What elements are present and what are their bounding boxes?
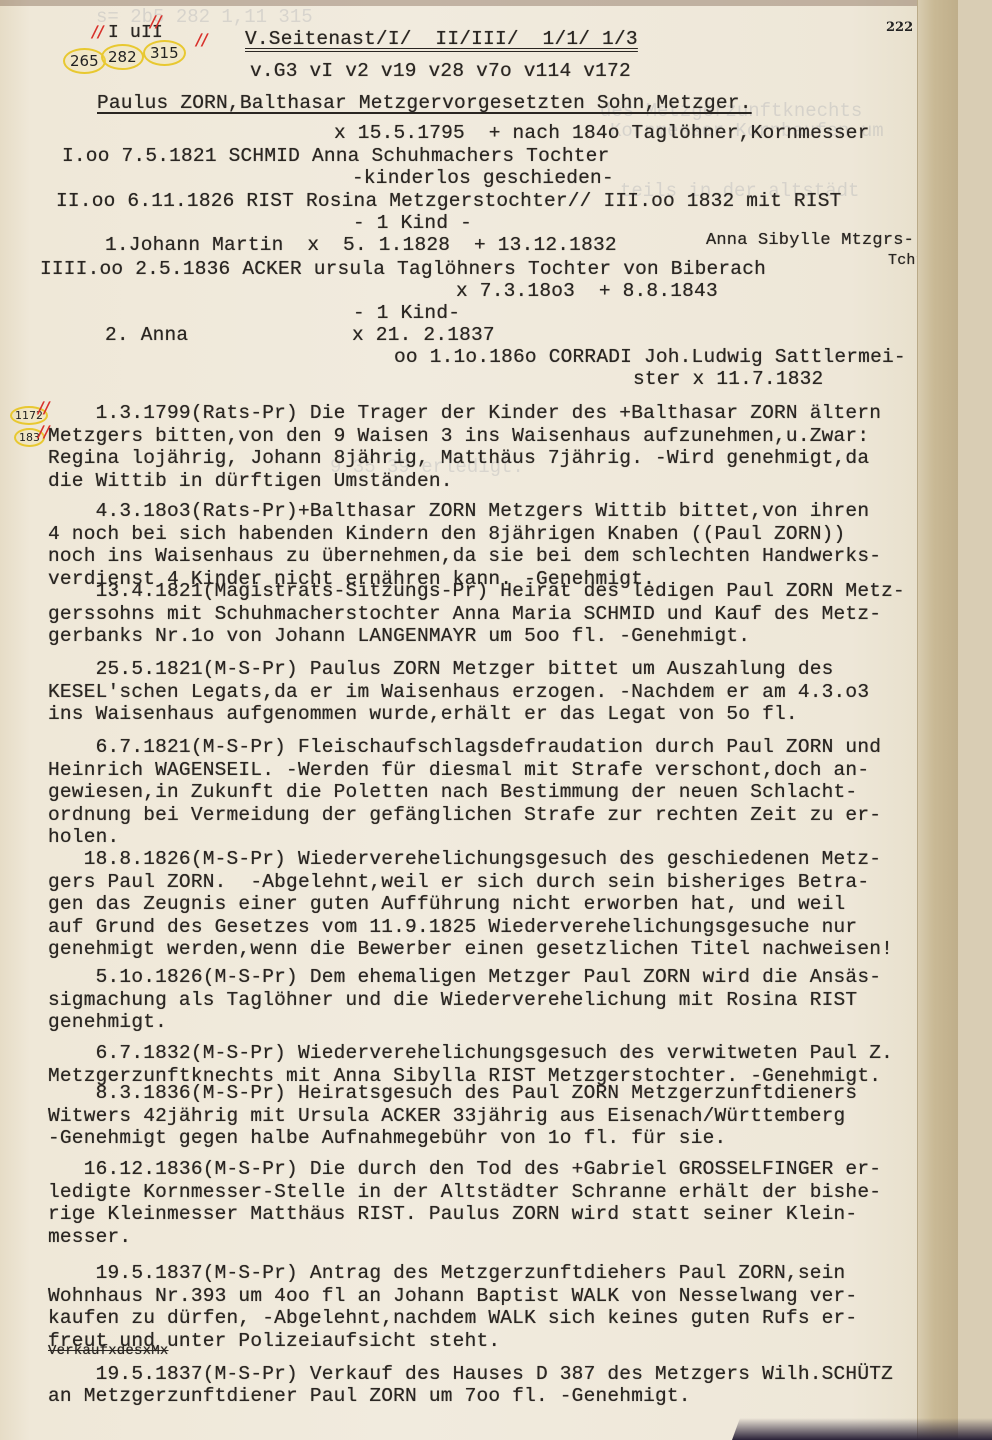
- marriage-3-spouse: Anna Sibylle Mtzgrs-: [706, 230, 914, 252]
- entry-line: messer.: [48, 1226, 131, 1248]
- document-page: s= 2b5 282 1,11 315 des Metzgerzunftknec…: [0, 0, 958, 1440]
- marriage-4-children: - 1 Kind-: [353, 302, 460, 324]
- entry-line: noch ins Waisenhaus zu übernehmen,da sie…: [48, 545, 881, 567]
- entry-line: -Genehmigt gegen halbe Aufnahmegebühr vo…: [48, 1127, 726, 1149]
- red-check-mark: //: [194, 30, 209, 49]
- entry-line: Heinrich WAGENSEIL. -Werden für diesmal …: [48, 759, 869, 781]
- entry-line: 4 noch bei sich habenden Kindern den 8jä…: [48, 523, 845, 545]
- marriage-4: IIII.oo 2.5.1836 ACKER ursula Taglöhners…: [40, 258, 766, 280]
- entry-line: gerbanks Nr.1o von Johann LANGENMAYR um …: [48, 625, 750, 647]
- marriage-2: II.oo 6.11.1826 RIST Rosina Metzgerstoch…: [56, 190, 842, 212]
- entry-line: Regina lojährig, Johann 8jährig, Matthäu…: [48, 447, 869, 469]
- entry-line: auf Grund des Gesetzes vom 11.9.1825 Wie…: [48, 916, 857, 938]
- entry-line: 19.5.1837(M-S-Pr) Verkauf des Hauses D 3…: [48, 1363, 893, 1385]
- entry-line: holen.: [48, 826, 119, 848]
- child-2-marriage: oo 1.1o.186o CORRADI Joh.Ludwig Sattlerm…: [394, 346, 906, 368]
- entry-line: 16.12.1836(M-S-Pr) Die durch den Tod des…: [48, 1158, 881, 1180]
- child-2: 2. Anna: [105, 324, 188, 346]
- margin-ref-265: 265: [63, 48, 106, 74]
- entry-line: 1.3.1799(Rats-Pr) Die Trager der Kinder …: [48, 402, 881, 424]
- entry-line: gewiesen,in Zukunft die Poletten nach Be…: [48, 781, 857, 803]
- child-1: 1.Johann Martin x 5. 1.1828 + 13.12.1832: [105, 234, 617, 256]
- entry-line: 5.1o.1826(M-S-Pr) Dem ehemaligen Metzger…: [48, 966, 881, 988]
- entry-line: sigmachung als Taglöhner und die Wiederv…: [48, 989, 857, 1011]
- entry-line: VerkaufxdesxMx: [48, 1340, 168, 1362]
- marriage-1: I.oo 7.5.1821 SCHMID Anna Schuhmachers T…: [62, 145, 610, 167]
- entry-line: 8.3.1836(M-S-Pr) Heiratsgesuch des Paul …: [48, 1082, 857, 1104]
- entry-line: genehmigt.: [48, 1011, 167, 1033]
- entry-line: 6.7.1821(M-S-Pr) Fleischaufschlagsdefrau…: [48, 736, 881, 758]
- entry-line: Wohnhaus Nr.393 um 4oo fl an Johann Bapt…: [48, 1285, 857, 1307]
- margin-ref-282: 282: [101, 44, 144, 70]
- book-spine: [917, 0, 958, 1440]
- child-2-birth: x 21. 2.1837: [352, 324, 495, 346]
- entry-line: an Metzgerzunftdiener Paul ZORN um 7oo f…: [48, 1385, 691, 1407]
- entry-line: rige Kleinmesser Matthäus RIST. Paulus Z…: [48, 1203, 857, 1225]
- branch-header: V.Seitenast/I/ II/III/ 1/1/ 1/3: [245, 28, 638, 50]
- red-check-mark: //: [90, 22, 105, 41]
- entry-line: die Wittib in dürftigen Umständen.: [48, 470, 453, 492]
- entry-line: genehmigt werden,wenn die Bewerber einen…: [48, 938, 893, 960]
- person-dates: x 15.5.1795 + nach 184o Taglöhner,Kornme…: [334, 122, 870, 144]
- entry-line: kaufen zu dürfen, -Abgelehnt,nachdem WAL…: [48, 1307, 857, 1329]
- entry-line: ordnung bei Vermeidung der gefänglichen …: [48, 804, 881, 826]
- person-name-line: Paulus ZORN,Balthasar Metzgervorgesetzte…: [97, 92, 752, 114]
- page-shadow: [732, 1418, 992, 1440]
- entry-line: 25.5.1821(M-S-Pr) Paulus ZORN Metzger bi…: [48, 658, 834, 680]
- entry-line: 6.7.1832(M-S-Pr) Wiederverehelichungsges…: [48, 1042, 893, 1064]
- entry-line: 19.5.1837(M-S-Pr) Antrag des Metzgerzunf…: [48, 1262, 845, 1284]
- entry-line: gers Paul ZORN. -Abgelehnt,weil er sich …: [48, 871, 869, 893]
- entry-line: Witwers 42jährig mit Ursula ACKER 33jähr…: [48, 1105, 845, 1127]
- entry-line: gen das Zeugnis einer guten Aufführung n…: [48, 893, 845, 915]
- entry-line: ins Waisenhaus aufgenommen wurde,erhält …: [48, 703, 798, 725]
- marriage-4-dates: x 7.3.18o3 + 8.8.1843: [456, 280, 718, 302]
- entry-line: 18.8.1826(M-S-Pr) Wiederverehelichungsge…: [48, 848, 881, 870]
- page-number: 222: [886, 20, 913, 35]
- entry-line: 13.4.1821(Magistrats-Sitzungs-Pr) Heirat…: [48, 580, 905, 602]
- entry-line: KESEL'schen Legats,da er im Waisenhaus e…: [48, 681, 869, 703]
- entry-line: 4.3.18o3(Rats-Pr)+Balthasar ZORN Metzger…: [48, 500, 869, 522]
- marriage-2-children: - 1 Kind -: [353, 212, 472, 234]
- entry-line: gerssohns mit Schuhmacherstochter Anna M…: [48, 603, 881, 625]
- child-2-marriage-cont: ster x 11.7.1832: [633, 368, 823, 390]
- entry-line: ledigte Kornmesser-Stelle in der Altstäd…: [48, 1181, 881, 1203]
- marriage-1-note: -kinderlos geschieden-: [352, 167, 614, 189]
- entry-line: Metzgers bitten,von den 9 Waisen 3 ins W…: [48, 425, 869, 447]
- reference-header: v.G3 vI v2 v19 v28 v7o v114 v172: [250, 60, 631, 82]
